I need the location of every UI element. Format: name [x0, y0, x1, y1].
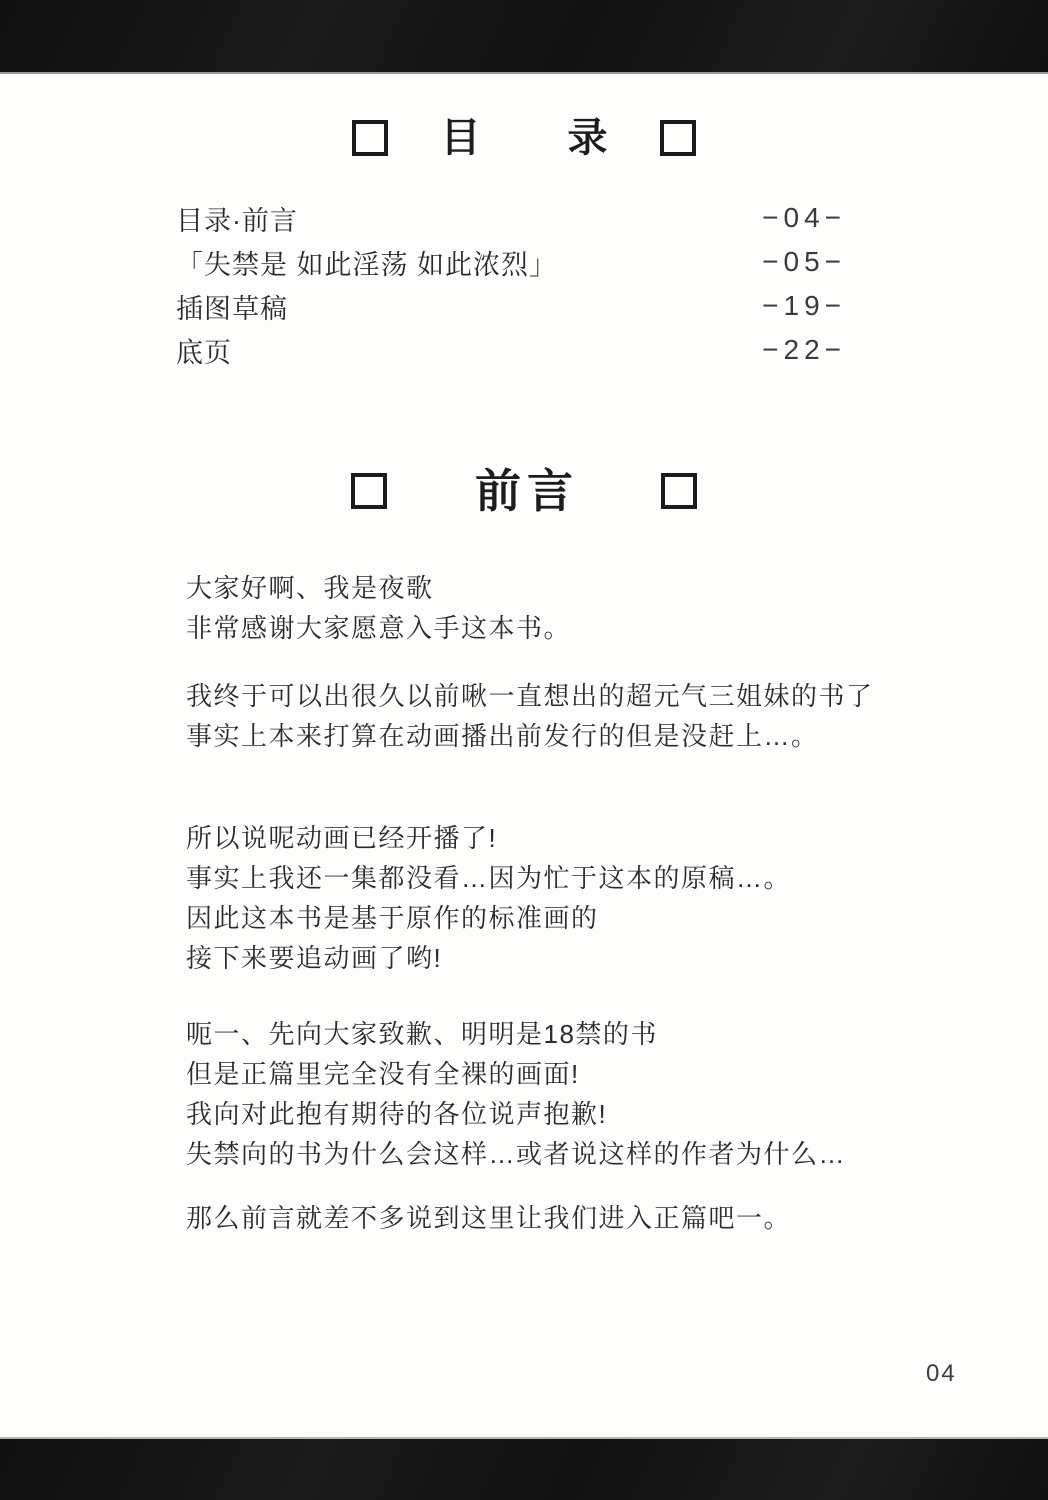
toc-entry: 底页−22− — [176, 328, 846, 372]
preface-paragraph: 那么前言就差不多说到这里让我们进入正篇吧一。 — [186, 1198, 958, 1238]
toc-list: 目录·前言−04−「失禁是 如此淫荡 如此浓烈」−05−插图草稿−19−底页−2… — [176, 196, 846, 372]
preface-paragraph: 我终于可以出很久以前啾一直想出的超元气三姐妹的书了事实上本来打算在动画播出前发行… — [186, 676, 958, 756]
page-content: 目 录 目录·前言−04−「失禁是 如此淫荡 如此浓烈」−05−插图草稿−19−… — [0, 72, 1048, 1437]
toc-entry-label: 「失禁是 如此淫荡 如此浓烈」 — [176, 243, 557, 282]
text-line: 我向对此抱有期待的各位说声抱歉! — [186, 1094, 958, 1134]
scan-border-top — [0, 0, 1048, 74]
toc-entry: 插图草稿−19− — [176, 284, 846, 328]
text-line: 我终于可以出很久以前啾一直想出的超元气三姐妹的书了 — [186, 676, 958, 716]
decorative-square-icon — [352, 120, 388, 156]
toc-entry: 「失禁是 如此淫荡 如此浓烈」−05− — [176, 240, 846, 284]
decorative-square-icon — [660, 120, 696, 156]
text-line: 大家好啊、我是夜歌 — [186, 568, 958, 608]
text-line: 事实上我还一集都没看…因为忙于这本的原稿…。 — [186, 858, 958, 898]
preface-paragraphs: 大家好啊、我是夜歌非常感谢大家愿意入手这本书。我终于可以出很久以前啾一直想出的超… — [186, 568, 958, 1266]
toc-entry-label: 插图草稿 — [176, 287, 288, 326]
text-line: 呃一、先向大家致歉、明明是18禁的书 — [186, 1014, 958, 1054]
toc-title-text: 目 录 — [440, 118, 645, 158]
text-line: 非常感谢大家愿意入手这本书。 — [186, 608, 958, 648]
preface-title: 前言 — [0, 468, 1048, 514]
scanned-page: 目 录 目录·前言−04−「失禁是 如此淫荡 如此浓烈」−05−插图草稿−19−… — [0, 0, 1048, 1500]
toc-entry-page: −19− — [762, 290, 846, 322]
text-line: 但是正篇里完全没有全裸的画面! — [186, 1054, 958, 1094]
toc-entry-label: 目录·前言 — [176, 199, 298, 238]
page-number: 04 — [926, 1360, 957, 1388]
text-line: 事实上本来打算在动画播出前发行的但是没赶上…。 — [186, 716, 958, 756]
toc-entry-page: −05− — [762, 246, 846, 278]
text-line: 因此这本书是基于原作的标准画的 — [186, 898, 958, 938]
preface-paragraph: 呃一、先向大家致歉、明明是18禁的书但是正篇里完全没有全裸的画面!我向对此抱有期… — [186, 1014, 958, 1174]
toc-entry-page: −22− — [762, 334, 846, 366]
text-line: 所以说呢动画已经开播了! — [186, 818, 958, 858]
text-line: 接下来要追动画了哟! — [186, 938, 958, 978]
preface-title-text: 前言 — [475, 468, 579, 514]
text-line: 失禁向的书为什么会这样…或者说这样的作者为什么… — [186, 1134, 958, 1174]
decorative-square-icon — [351, 473, 387, 509]
toc-title: 目 录 — [0, 118, 1048, 158]
toc-entry-page: −04− — [762, 202, 846, 234]
toc-entry: 目录·前言−04− — [176, 196, 846, 240]
preface-paragraph: 大家好啊、我是夜歌非常感谢大家愿意入手这本书。 — [186, 568, 958, 648]
scan-border-bottom — [0, 1437, 1048, 1500]
toc-entry-label: 底页 — [176, 331, 232, 370]
preface-paragraph: 所以说呢动画已经开播了!事实上我还一集都没看…因为忙于这本的原稿…。因此这本书是… — [186, 818, 958, 978]
decorative-square-icon — [661, 473, 697, 509]
text-line: 那么前言就差不多说到这里让我们进入正篇吧一。 — [186, 1198, 958, 1238]
